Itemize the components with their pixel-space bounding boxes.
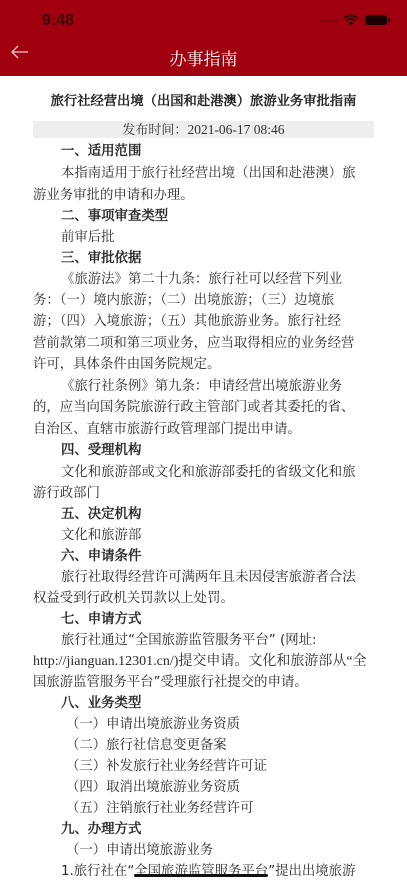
paragraph-line: 国旅游监管服务平台”受理旅行社提交的申请。 (33, 673, 308, 693)
paragraph-line: 文化和旅游部 (61, 526, 141, 546)
section-heading: 一、适用范围 (61, 142, 141, 162)
paragraph-line: 务：（一）境内旅游；（二）出境旅游；（三）边境旅 (33, 291, 334, 311)
paragraph-line: 许可，具体条件由国务院规定。 (33, 355, 220, 375)
wifi-icon (343, 14, 359, 26)
paragraph-line: 《旅行社条例》第九条：申请经营出境旅游业务 (61, 377, 342, 397)
section-heading: 九、办理方式 (61, 820, 141, 840)
section-heading: 六、申请条件 (61, 547, 141, 567)
last-line-prefix: 1.旅行社在“ (61, 864, 134, 879)
paragraph-line: 旅行社取得经营许可满两年且未因侵害旅游者合法 (61, 568, 356, 588)
signal-icon (319, 19, 337, 22)
paragraph-line: 自治区、直辖市旅游行政管理部门提出申请。 (33, 420, 301, 440)
paragraph-line: 权益受到行政机关罚款以上处罚。 (33, 589, 234, 609)
paragraph-line: 游业务审批的申请和办理。 (33, 186, 194, 206)
status-time: 9:48 (42, 12, 74, 30)
app-header: 9:48 办事指南 (0, 0, 407, 76)
section-heading: 八、业务类型 (61, 694, 141, 714)
paragraph-line: 营前款第二项和第三项业务，应当取得相应的业务经营 (33, 334, 354, 354)
paragraph-line: 旅行社通过“全国旅游监管服务平台” (网址: (61, 631, 317, 651)
list-item: （五）注销旅行社业务经营许可 (66, 799, 253, 819)
paragraph-line: 游行政部门 (33, 484, 100, 504)
publish-date: 2021-06-17 08:46 (187, 122, 284, 137)
paragraph-line-url: http://jianguan.12301.cn/)提交申请。文化和旅游部从“全 (33, 652, 367, 672)
page-title: 办事指南 (0, 45, 407, 70)
list-item: （二）旅行社信息变更备案 (66, 736, 227, 756)
section-heading: 二、事项审查类型 (61, 207, 168, 227)
section-heading: 四、受理机构 (61, 441, 141, 461)
section-heading: 五、决定机构 (61, 505, 141, 525)
section-heading: 三、审批依据 (61, 249, 141, 269)
battery-icon (365, 15, 387, 25)
last-line-suffix: ”提出出境旅游 (268, 864, 355, 879)
paragraph-line: 游；（四）入境旅游；（五）其他旅游业务。旅行社经 (33, 312, 341, 332)
publish-time-bar: 发布时间：2021-06-17 08:46 (33, 121, 374, 138)
document-title: 旅行社经营出境（出国和赴港澳）旅游业务审批指南 (0, 90, 407, 109)
status-icons (319, 14, 387, 26)
struck-text: 全国旅游监管服务平台 (134, 864, 268, 879)
paragraph-line: 《旅游法》第二十九条：旅行社可以经营下列业 (61, 270, 342, 290)
publish-label: 发布时间： (122, 123, 187, 138)
paragraph-line: 的，应当向国务院旅游行政主管部门或者其委托的省、 (33, 398, 354, 418)
list-item: （四）取消出境旅游业务资质 (66, 778, 240, 798)
paragraph-line: 1.旅行社在“全国旅游监管服务平台”提出出境旅游 (61, 862, 355, 882)
list-item: （三）补发旅行社业务经营许可证 (66, 757, 267, 777)
paragraph-line: 文化和旅游部或文化和旅游部委托的省级文化和旅 (61, 463, 356, 483)
section-heading: 七、申请方式 (61, 610, 141, 630)
list-item: （一）申请出境旅游业务资质 (66, 715, 240, 735)
paragraph-line: 本指南适用于旅行社经营出境（出国和赴港澳）旅 (61, 164, 356, 184)
paragraph-line: 前审后批 (61, 228, 115, 248)
list-item: （一）申请出境旅游业务 (66, 841, 213, 861)
